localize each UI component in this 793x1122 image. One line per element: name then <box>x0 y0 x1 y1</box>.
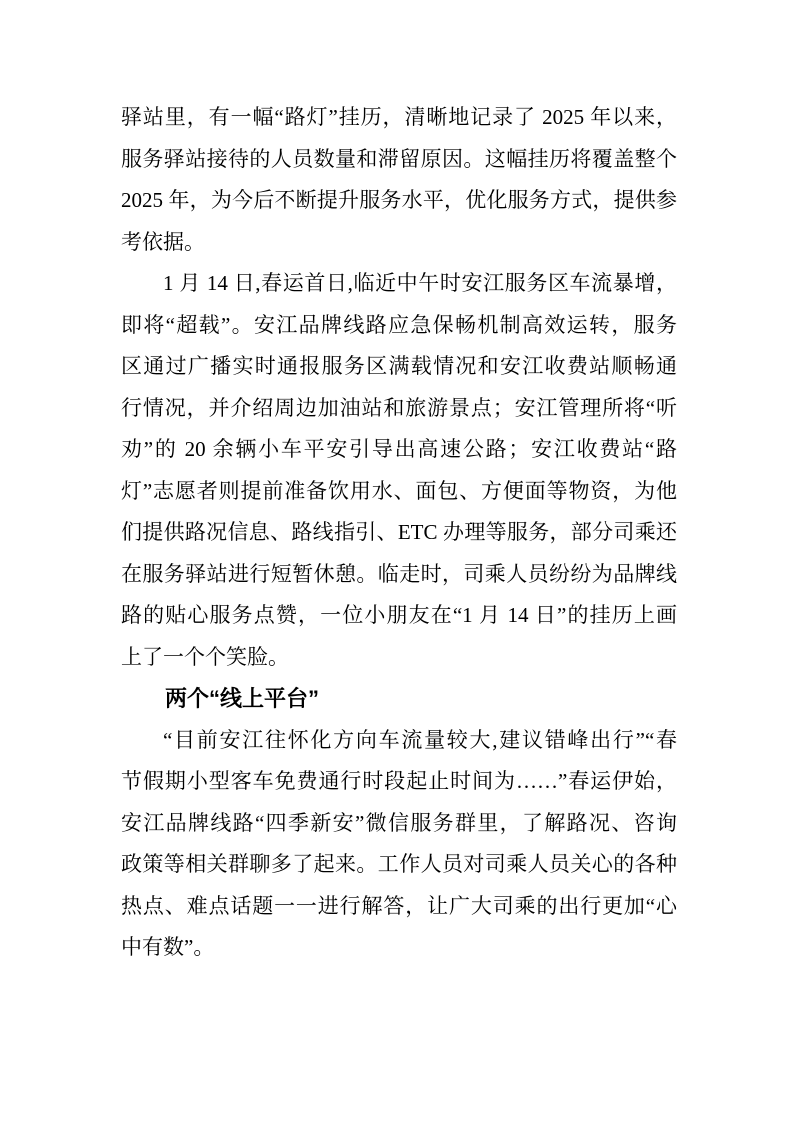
text-line: 劝”的 20 余辆小车平安引导出高速公路；安江收费站“路 <box>121 429 677 471</box>
text-line: 政策等相关群聊多了起来。工作人员对司乘人员关心的各种 <box>121 844 677 886</box>
body-paragraph: “目前安江往怀化方向车流量较大,建议错峰出行”“春节假期小型客车免费通行时段起止… <box>121 720 677 969</box>
body-paragraph: 1 月 14 日,春运首日,临近中午时安江服务区车流暴增，即将“超载”。安江品牌… <box>121 263 677 678</box>
text-line: 安江品牌线路“四季新安”微信服务群里，了解路况、咨询 <box>121 803 677 845</box>
text-line: 上了一个个笑脸。 <box>121 637 677 679</box>
text-line: 驿站里，有一幅“路灯”挂历，清晰地记录了 2025 年以来， <box>121 97 677 139</box>
text-line: 行情况，并介绍周边加油站和旅游景点；安江管理所将“听 <box>121 388 677 430</box>
section-heading: 两个“线上平台” <box>121 678 677 720</box>
article-body: 驿站里，有一幅“路灯”挂历，清晰地记录了 2025 年以来，服务驿站接待的人员数… <box>121 97 677 969</box>
text-line: 1 月 14 日,春运首日,临近中午时安江服务区车流暴增， <box>121 263 677 305</box>
text-line: 考依据。 <box>121 222 677 264</box>
text-line: 路的贴心服务点赞，一位小朋友在“1 月 14 日”的挂历上画 <box>121 595 677 637</box>
text-line: 两个“线上平台” <box>121 678 677 720</box>
text-line: 在服务驿站进行短暂休憩。临走时，司乘人员纷纷为品牌线 <box>121 554 677 596</box>
text-line: 中有数”。 <box>121 927 677 969</box>
text-line: 服务驿站接待的人员数量和滞留原因。这幅挂历将覆盖整个 <box>121 139 677 181</box>
text-line: 们提供路况信息、路线指引、ETC 办理等服务，部分司乘还 <box>121 512 677 554</box>
text-line: 节假期小型客车免费通行时段起止时间为……”春运伊始， <box>121 761 677 803</box>
document-page: 驿站里，有一幅“路灯”挂历，清晰地记录了 2025 年以来，服务驿站接待的人员数… <box>0 0 793 1122</box>
body-paragraph: 驿站里，有一幅“路灯”挂历，清晰地记录了 2025 年以来，服务驿站接待的人员数… <box>121 97 677 263</box>
text-line: 热点、难点话题一一进行解答，让广大司乘的出行更加“心 <box>121 886 677 928</box>
text-line: 区通过广播实时通报服务区满载情况和安江收费站顺畅通 <box>121 346 677 388</box>
text-line: 即将“超载”。安江品牌线路应急保畅机制高效运转，服务 <box>121 305 677 347</box>
text-line: “目前安江往怀化方向车流量较大,建议错峰出行”“春 <box>121 720 677 762</box>
text-line: 2025 年，为今后不断提升服务水平，优化服务方式，提供参 <box>121 180 677 222</box>
text-line: 灯”志愿者则提前准备饮用水、面包、方便面等物资，为他 <box>121 471 677 513</box>
